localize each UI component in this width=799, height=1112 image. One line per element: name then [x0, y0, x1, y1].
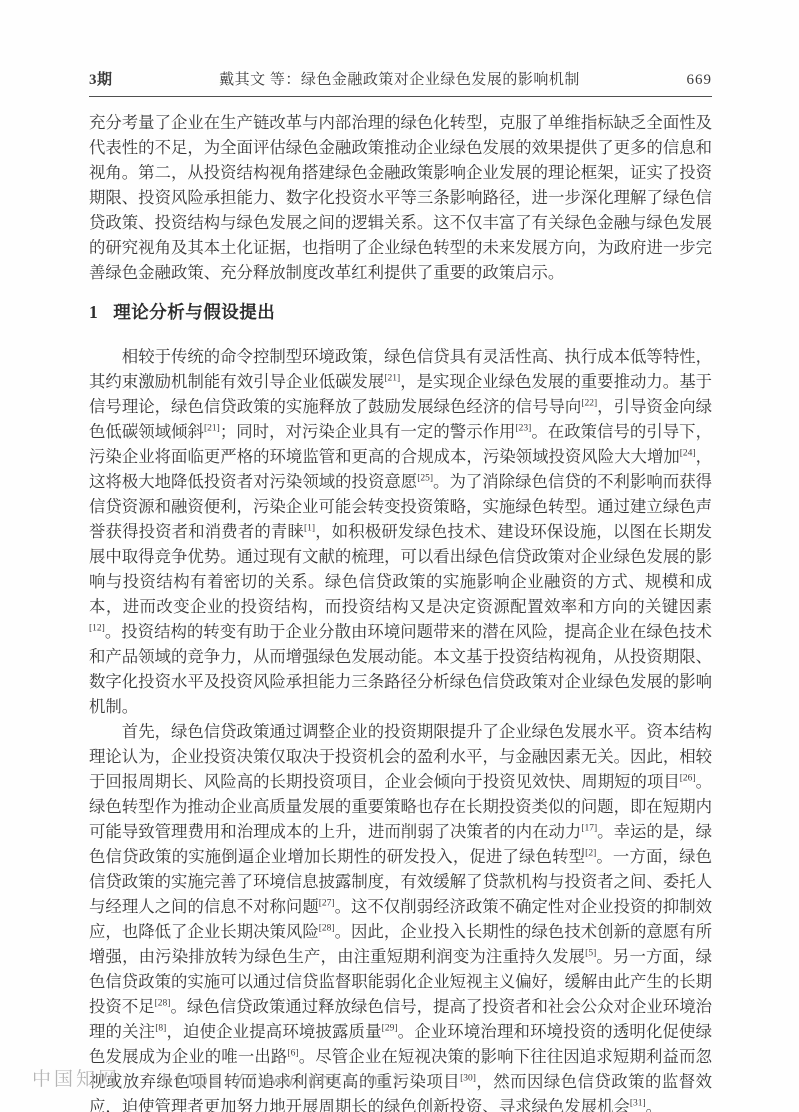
citation-ref: [21]	[384, 374, 400, 384]
citation-ref: [21]	[204, 424, 220, 434]
citation-ref: [26]	[680, 774, 696, 784]
citation-ref: [31]	[630, 1099, 646, 1109]
lead-paragraphs: 充分考量了企业在生产链改革与内部治理的绿色化转型，克服了单维指标缺乏全面性及代表…	[89, 110, 712, 285]
page-header: 3期 戴其文 等：绿色金融政策对企业绿色发展的影响机制 669	[89, 68, 712, 97]
section-heading: 1理论分析与假设提出	[89, 300, 712, 325]
citation-ref: [1]	[304, 524, 315, 534]
citation-ref: [2]	[585, 849, 596, 859]
citation-ref: [22]	[581, 399, 597, 409]
citation-ref: [27]	[319, 899, 335, 909]
citation-ref: [8]	[155, 1024, 166, 1034]
section-paragraphs: 相较于传统的命令控制型环境政策，绿色信贷具有灵活性高、执行成本低等特性，其约束激…	[89, 344, 712, 1112]
section-number: 1	[89, 302, 98, 322]
citation-ref: [30]	[460, 1074, 476, 1084]
running-title: 戴其文 等：绿色金融政策对企业绿色发展的影响机制	[219, 68, 580, 89]
citation-ref: [24]	[680, 449, 696, 459]
paragraph: 首先，绿色信贷政策通过调整企业的投资期限提升了企业绿色发展水平。资本结构理论认为…	[89, 719, 712, 1112]
citation-ref: [6]	[287, 1049, 298, 1059]
cnki-watermark: 中国知网	[32, 1064, 120, 1091]
citation-ref: [23]	[515, 424, 531, 434]
citation-ref: [17]	[581, 824, 597, 834]
citation-ref: [29]	[382, 1024, 398, 1034]
page-number: 669	[687, 72, 713, 89]
page-body: 充分考量了企业在生产链改革与内部治理的绿色化转型，克服了单维指标缺乏全面性及代表…	[89, 110, 712, 1112]
citation-ref: [25]	[417, 474, 433, 484]
journal-issue: 3期	[89, 68, 113, 89]
paragraph: 充分考量了企业在生产链改革与内部治理的绿色化转型，克服了单维指标缺乏全面性及代表…	[89, 110, 712, 285]
citation-ref: [28]	[155, 999, 171, 1009]
paragraph: 相较于传统的命令控制型环境政策，绿色信贷具有灵活性高、执行成本低等特性，其约束激…	[89, 344, 712, 719]
page-footer: 中国知网 https://www.cnki.net	[32, 1064, 405, 1091]
citation-ref: [5]	[585, 949, 596, 959]
paper-page: 3期 戴其文 等：绿色金融政策对企业绿色发展的影响机制 669 充分考量了企业在…	[0, 0, 799, 1112]
cnki-url: https://www.cnki.net	[162, 1070, 405, 1089]
section-title: 理论分析与假设提出	[113, 302, 275, 322]
citation-ref: [12]	[89, 624, 105, 634]
citation-ref: [28]	[319, 924, 335, 934]
